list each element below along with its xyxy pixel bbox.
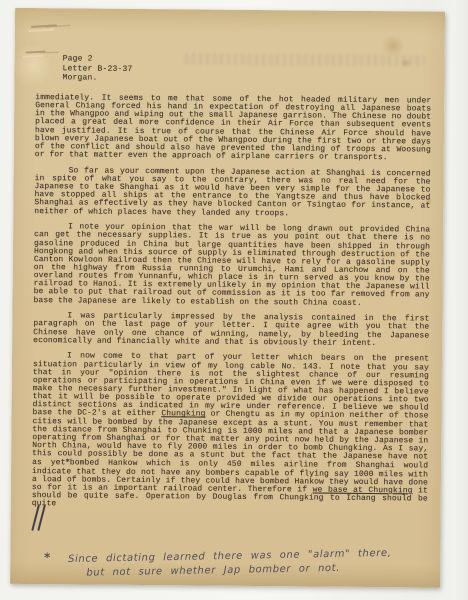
page-number: Page 2 (63, 54, 133, 64)
scan-edge-shadow (454, 0, 468, 600)
paragraph-5-text: I now come to that part of your letter w… (33, 352, 430, 419)
scan-background: { "document": { "header": { "line1": "Pa… (0, 0, 468, 600)
staple-mark (31, 24, 57, 28)
paragraph-3: I note your opinion that the war will be… (33, 223, 430, 308)
footnote-asterisk: * (44, 550, 51, 564)
paragraph-5: I now come to that part of your letter w… (32, 352, 429, 511)
letter-body: immediately. It seems to me that some of… (32, 94, 432, 519)
paragraph-1: immediately. It seems to me that some of… (35, 94, 432, 163)
paragraph-4: I was particularly impressed by the anal… (33, 312, 429, 348)
letter-page: Page 2 Letter B-23-37 Morgan. immediatel… (10, 8, 445, 588)
ink-bleedthrough (185, 53, 425, 66)
addressee-name: Morgan. (62, 73, 132, 83)
letter-header: Page 2 Letter B-23-37 Morgan. (62, 54, 132, 83)
paragraph-2: So far as your comment upon the Japanese… (34, 167, 430, 219)
handwritten-footnote: * Since dictating learned there was one … (34, 546, 434, 582)
staple-mark (26, 51, 46, 54)
handwritten-margin-emphasis-mark (31, 504, 49, 532)
